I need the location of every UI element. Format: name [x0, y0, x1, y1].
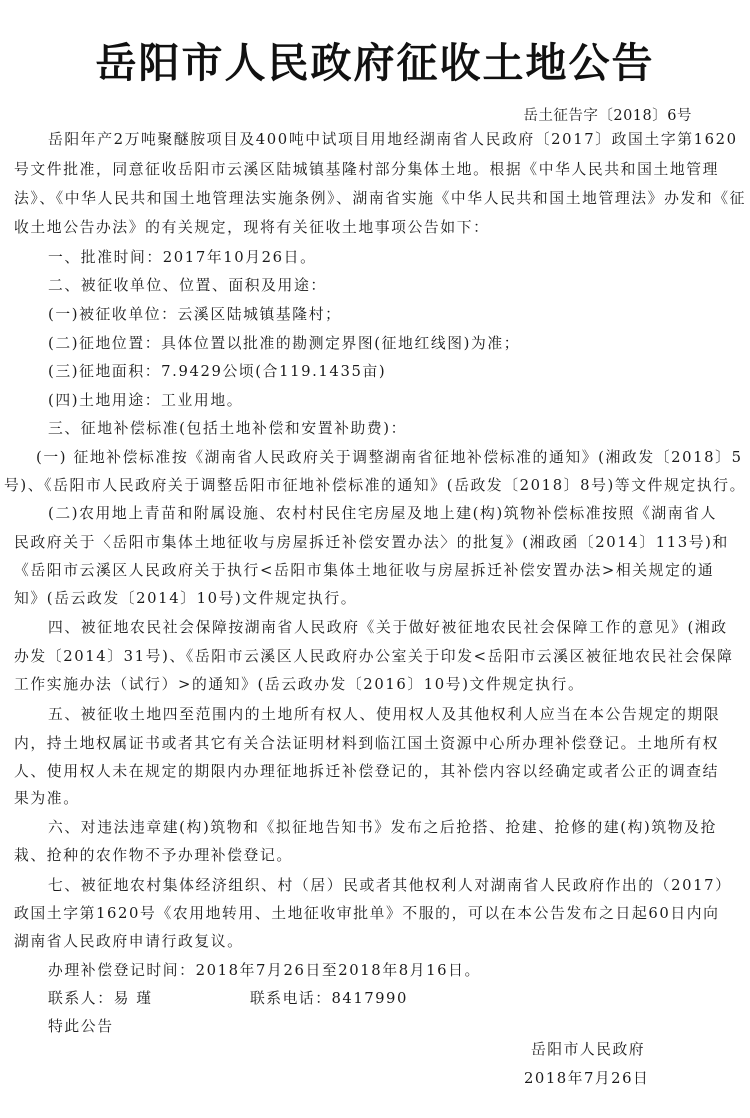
section-heading: 五、被征收土地四至范围内的土地所有权人、使用权人及其他权利人应当在本公告规定的期… — [48, 705, 736, 725]
registration-period: 办理补偿登记时间：2018年7月26日至2018年8月16日。 — [48, 961, 736, 981]
page-title: 岳阳市人民政府征收土地公告 — [0, 30, 750, 89]
body-line: (二)农用地上青苗和附属设施、农村村民住宅房屋及地上建(构)筑物补偿标准按照《湖… — [48, 504, 736, 524]
issuer-signature: 岳阳市人民政府 — [531, 1038, 645, 1059]
body-line: 号)、《岳阳市人民政府关于调整岳阳市征地补偿标准的通知》(岳政发〔2018〕8号… — [4, 476, 726, 496]
body-line: 果为准。 — [14, 789, 736, 809]
contact-phone: 联系电话：8417990 — [250, 989, 408, 1009]
body-line: 岳阳年产2万吨聚醚胺项目及400吨中试项目用地经湖南省人民政府〔2017〕政国土… — [48, 130, 736, 150]
body-line: (二)征地位置：具体位置以批准的勘测定界图(征地红线图)为准； — [48, 334, 736, 354]
closing-text: 特此公告 — [48, 1017, 736, 1037]
section-heading: 一、批准时间：2017年10月26日。 — [48, 248, 736, 268]
body-line: 湖南省人民政府申请行政复议。 — [14, 932, 736, 952]
body-line: 人、使用权人未在规定的期限内办理征地拆迁补偿登记的，其补偿内容以经确定或者公正的… — [14, 762, 736, 782]
section-heading: 六、对违法违章建(构)筑物和《拟征地告知书》发布之后抢搭、抢建、抢修的建(构)筑… — [48, 818, 736, 838]
body-line: (三)征地面积：7.9429公顷(合119.1435亩) — [48, 362, 736, 382]
section-heading: 三、征地补偿标准(包括土地补偿和安置补助费)： — [48, 419, 736, 439]
body-line: 政国土字第1620号《农用地转用、土地征收审批单》不服的，可以在本公告发布之日起… — [14, 904, 736, 924]
body-line: 栽、抢种的农作物不予办理补偿登记。 — [14, 846, 736, 866]
section-heading: 四、被征地农民社会保障按湖南省人民政府《关于做好被征地农民社会保障工作的意见》(… — [48, 618, 736, 638]
body-line: 《岳阳市云溪区人民政府关于执行<岳阳市集体土地征收与房屋拆迁补偿安置办法>相关规… — [14, 561, 736, 581]
body-line: (一) 征地补偿标准按《湖南省人民政府关于调整湖南省征地补偿标准的通知》(湘政发… — [36, 448, 750, 468]
document-number: 岳土征告字〔2018〕6号 — [523, 104, 692, 125]
body-line: 收土地公告办法》的有关规定，现将有关征收土地事项公告如下： — [14, 218, 736, 238]
body-line: 工作实施办法（试行）>的通知》(岳云政办发〔2016〕10号)文件规定执行。 — [14, 675, 736, 695]
body-line: 内，持土地权属证书或者其它有关合法证明材料到临江国土资源中心所办理补偿登记。土地… — [14, 734, 736, 754]
body-line: 知》(岳云政发〔2014〕10号)文件规定执行。 — [14, 589, 736, 609]
body-line: 办发〔2014〕31号)、《岳阳市云溪区人民政府办公室关于印发<岳阳市云溪区被征… — [14, 647, 736, 667]
body-line: 法》、《中华人民共和国土地管理法实施条例》、湖南省实施《中华人民共和国土地管理法… — [14, 189, 736, 209]
body-line: 号文件批准，同意征收岳阳市云溪区陆城镇基隆村部分集体土地。根据《中华人民共和国土… — [14, 160, 736, 180]
section-heading: 七、被征地农村集体经济组织、村（居）民或者其他权利人对湖南省人民政府作出的（20… — [48, 876, 736, 896]
body-line: (一)被征收单位：云溪区陆城镇基隆村； — [48, 305, 736, 325]
issue-date: 2018年7月26日 — [524, 1067, 649, 1088]
body-line: (四)土地用途：工业用地。 — [48, 391, 736, 411]
body-line: 民政府关于〈岳阳市集体土地征收与房屋拆迁补偿安置办法〉的批复》(湘政函〔2014… — [14, 533, 736, 553]
section-heading: 二、被征收单位、位置、面积及用途： — [48, 276, 736, 296]
